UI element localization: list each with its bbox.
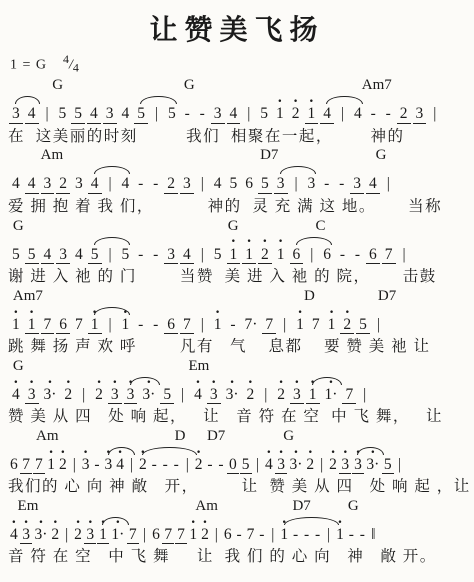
note-token: 1 <box>306 387 320 404</box>
note-token: 4 <box>366 176 380 193</box>
note-token: 3 <box>103 106 117 123</box>
barline: | <box>254 457 261 473</box>
note-token: 3· <box>35 527 48 543</box>
note-token: 2 <box>247 387 255 403</box>
note-token: 4 <box>214 176 222 192</box>
chord-label: G <box>13 358 24 375</box>
key-signature: 1 = G <box>10 57 47 72</box>
note-token: 3· <box>142 387 155 403</box>
note-token: 3· <box>44 387 57 403</box>
score-line: GEm433·2|2333·5|433·2|2311·7|赞 美 从 四 处 响… <box>6 358 468 426</box>
chord-label: D7 <box>207 428 225 445</box>
tie-slur-arc <box>94 166 130 174</box>
tie-slur-arc <box>280 166 316 174</box>
barline: | <box>71 457 78 473</box>
chord-label: Am <box>41 147 64 164</box>
chord-label: G <box>348 498 359 515</box>
dash-token: - <box>354 247 361 263</box>
barline: | <box>396 457 403 473</box>
note-token: 3· <box>290 457 303 473</box>
dash-token: - <box>348 527 355 543</box>
note-token: 1 <box>189 527 197 543</box>
lyrics-row: 在 这美丽的时刻 我们 相聚在一起， 神的 <box>8 128 468 146</box>
note-token: 4 <box>354 106 362 122</box>
barline: | <box>245 106 252 122</box>
dash-token: - <box>207 457 214 473</box>
note-token: 3 <box>211 106 225 123</box>
score-line: AmDD7G67712|3-34|2---|2--05|433·2|2333·5… <box>6 428 468 496</box>
chord-label: Em <box>18 498 39 515</box>
note-token: 1 <box>47 457 55 473</box>
note-token: 7 <box>75 317 83 333</box>
note-token: 4 <box>227 106 241 123</box>
tie-slur-arc <box>15 96 40 104</box>
note-token: 6 <box>245 176 253 192</box>
barline: | <box>63 527 70 543</box>
key-and-meter-row: 1 = G4/4 <box>10 52 468 75</box>
barline: | <box>179 387 186 403</box>
tie-slur-arc <box>140 96 176 104</box>
note-token: 4 <box>12 176 20 192</box>
barline: | <box>107 247 114 263</box>
score-line: GGC554345|5--34|511216|6--67|谢 进 入 祂 的 门… <box>6 218 468 286</box>
dash-token: - <box>137 176 144 192</box>
note-token: 5 <box>160 387 174 404</box>
chord-label: D <box>175 428 186 445</box>
note-token: 3 <box>207 387 221 404</box>
barline: | <box>128 457 135 473</box>
notes-row: 443234|4--23|45653|3--34| <box>6 164 468 194</box>
note-token: 0 <box>227 457 239 474</box>
note-token: 3 <box>308 176 316 192</box>
dash-token: - <box>370 106 377 122</box>
chord-label: G <box>228 218 239 235</box>
note-token: 7 <box>312 317 320 333</box>
dash-token: - <box>339 247 346 263</box>
note-token: 1 <box>227 247 241 264</box>
barline: | <box>385 176 392 192</box>
note-token: 2 <box>201 527 209 543</box>
chord-row: EmAmD7G <box>6 498 468 515</box>
chord-label: Am7 <box>362 77 392 94</box>
dash-token: - <box>199 106 206 122</box>
note-token: 2 <box>195 457 203 473</box>
note-token: 4 <box>265 457 273 473</box>
note-token: 1 <box>336 527 344 543</box>
note-token: 2 <box>95 387 103 403</box>
note-token: 2 <box>139 457 147 473</box>
note-token: 1 <box>277 247 285 263</box>
note-token: 6 <box>56 317 70 334</box>
barline: | <box>80 387 87 403</box>
dash-token: - <box>292 527 299 543</box>
note-token: 3 <box>275 457 287 474</box>
chord-label: D <box>304 288 315 305</box>
note-token: 1 <box>276 106 284 122</box>
note-token: 1 <box>97 527 109 544</box>
chord-row: AmD7G <box>6 147 468 164</box>
note-token: 5 <box>134 106 148 123</box>
note-token: 2 <box>258 247 272 264</box>
note-token: 3 <box>352 457 364 474</box>
note-token: 4 <box>75 247 83 263</box>
note-token: 4 <box>116 457 124 473</box>
note-token: 6 <box>152 527 160 543</box>
note-token: 5 <box>59 106 67 122</box>
note-token: 3 <box>290 387 304 404</box>
chord-label: G <box>184 77 195 94</box>
note-token: 3 <box>82 457 90 473</box>
barline: | <box>44 106 51 122</box>
note-token: 2 <box>397 106 411 123</box>
barline: | <box>199 176 206 192</box>
dash-token: - <box>94 457 101 473</box>
note-token: 1 <box>12 317 20 333</box>
note-token: 1 <box>328 317 336 333</box>
note-token: 7 <box>41 317 55 334</box>
chord-label: G <box>52 77 63 94</box>
score-line: GGAm734|554345|5--34|51214|4--23|在 这美丽的时… <box>6 77 468 145</box>
note-token: 3 <box>164 247 178 264</box>
barline: | <box>361 387 368 403</box>
note-token: 4 <box>25 176 39 193</box>
notes-row: 67712|3-34|2---|2--05|433·2|2333·5| <box>6 445 468 475</box>
barline: | <box>325 527 332 543</box>
tie-slur-arc <box>284 517 339 525</box>
note-token: 7 <box>33 457 45 474</box>
notes-row: 117671|1--67|1-7·7|17125| <box>6 305 468 335</box>
dash-token: - <box>137 317 144 333</box>
barline: | <box>262 387 269 403</box>
note-token: 5 <box>240 457 252 474</box>
note-token: 1 <box>25 317 39 334</box>
note-token: 2 <box>74 527 82 543</box>
dash-token: - <box>152 247 159 263</box>
lyrics-row: 音 符 在 空 中 飞 舞 让 我 们 的 心 向 神 敞 开。 <box>8 548 468 566</box>
barline: | <box>107 317 114 333</box>
score: GGAm734|554345|5--34|51214|4--23|在 这美丽的时… <box>6 77 468 566</box>
dash-token: - <box>152 317 159 333</box>
note-token: 7 <box>342 387 356 404</box>
barline: | <box>269 527 276 543</box>
note-token: 1 <box>305 106 319 123</box>
note-token: 4 <box>12 387 20 403</box>
note-token: 5 <box>230 176 238 192</box>
barline: | <box>401 247 408 263</box>
chord-row: GEm <box>6 358 468 375</box>
note-token: 5 <box>260 106 268 122</box>
dash-token: - <box>173 457 180 473</box>
score-line: AmD7G443234|4--23|45653|3--34|爱 拥 抱 着 我 … <box>6 147 468 215</box>
note-token: 3 <box>124 387 138 404</box>
tie-slur-arc <box>312 377 342 385</box>
note-token: 4 <box>320 106 334 123</box>
note-token: 6 <box>10 457 18 473</box>
lyrics-row: 谢 进 入 祂 的 门 当赞 美 进 入 祂 的 院， 击鼓 <box>8 268 468 286</box>
dash-token: - <box>303 527 310 543</box>
chord-label: G <box>283 428 294 445</box>
note-token: 5 <box>382 457 394 474</box>
barline: | <box>199 247 206 263</box>
note-token: 1 <box>296 317 304 333</box>
notes-row: 34|554345|5--34|51214|4--23| <box>6 94 468 124</box>
note-token: 2 <box>51 527 59 543</box>
note-token: 3 <box>105 457 113 473</box>
chord-label: Am <box>195 498 218 515</box>
sheet-music-page: 让赞美飞扬 1 = G4/4 GGAm734|554345|5--34|5121… <box>0 0 474 566</box>
dash-token: - <box>137 247 144 263</box>
note-token: 7 <box>180 317 194 334</box>
note-token: 2 <box>306 457 314 473</box>
note-token: 5 <box>168 106 176 122</box>
chord-label: Am7 <box>13 288 43 305</box>
note-token: 7 <box>127 527 139 544</box>
lyrics-row: 我们的 心 向 神 敞 开， 让 赞 美 从 四 处 响 起 ，让 <box>8 478 468 496</box>
note-token: 7 <box>162 527 174 544</box>
barline: | <box>293 176 300 192</box>
note-token: 3 <box>339 457 351 474</box>
note-token: 2 <box>56 176 70 193</box>
note-token: 6 <box>290 247 304 264</box>
note-token: 4 <box>87 106 101 123</box>
note-token: 1· <box>111 527 124 543</box>
notes-row: 433·2|2333·5|433·2|2311·7| <box>6 375 468 405</box>
barline: | <box>281 317 288 333</box>
note-token: 1· <box>325 387 338 403</box>
tie-slur-arc <box>94 237 130 245</box>
barline: | <box>199 317 206 333</box>
dash-token: - <box>323 176 330 192</box>
dash-token: - <box>184 106 191 122</box>
note-token: 4 <box>194 387 202 403</box>
note-token: 6 <box>323 247 331 263</box>
tie-slur-arc <box>326 96 362 104</box>
note-token: 5 <box>214 247 222 263</box>
note-token: 2 <box>277 387 285 403</box>
note-token: 3· <box>226 387 239 403</box>
note-token: 6 <box>366 247 380 264</box>
note-token: 7· <box>245 317 258 333</box>
chord-row: AmDD7G <box>6 428 468 445</box>
note-token: 7 <box>382 247 396 264</box>
note-token: 4 <box>122 106 130 122</box>
note-token: 3 <box>274 176 288 193</box>
chord-label: C <box>316 218 326 235</box>
note-token: 6 <box>224 527 232 543</box>
note-token: 4 <box>10 527 18 543</box>
note-token: 6 <box>164 317 178 334</box>
note-token: 4 <box>122 176 130 192</box>
note-token: 3 <box>56 247 70 264</box>
barline: | <box>308 247 315 263</box>
note-token: 4 <box>25 106 39 123</box>
tie-slur-arc <box>142 447 197 455</box>
note-token: 1 <box>122 317 130 333</box>
note-token: 5 <box>88 247 102 264</box>
barline: | <box>213 527 220 543</box>
dash-token: - <box>218 457 225 473</box>
note-token: 5 <box>12 247 20 263</box>
note-token: 3 <box>180 176 194 193</box>
chord-row: Am7DD7 <box>6 288 468 305</box>
chord-label: Am <box>36 428 59 445</box>
chord-row: GGC <box>6 218 468 235</box>
note-token: 4 <box>180 247 194 264</box>
barline: | <box>107 176 114 192</box>
note-token: 1 <box>88 317 102 334</box>
note-token: 7 <box>247 527 255 543</box>
tie-slur-arc <box>296 237 332 245</box>
score-line: Am7DD7117671|1--67|1-7·7|17125|跳 舞 扬 声 欢… <box>6 288 468 356</box>
note-token: 2 <box>292 106 300 122</box>
note-token: 3 <box>25 387 39 404</box>
tie-slur-arc <box>130 377 160 385</box>
dash-token: - <box>359 527 366 543</box>
barline: | <box>318 457 325 473</box>
note-token: 1 <box>242 247 256 264</box>
dash-token: - <box>314 527 321 543</box>
note-token: 2 <box>340 317 354 334</box>
note-token: 2 <box>164 176 178 193</box>
dash-token: - <box>258 527 265 543</box>
barline: | <box>153 106 160 122</box>
note-token: 3 <box>75 176 83 192</box>
note-token: 3 <box>413 106 427 123</box>
note-token: 3 <box>108 387 122 404</box>
note-token: 3 <box>20 527 32 544</box>
note-token: 5 <box>258 176 272 193</box>
chord-label: D7 <box>292 498 310 515</box>
lyrics-row: 跳 舞 扬 声 欢 呼 凡有 气 息都 要 赞 美 祂 让 <box>8 338 468 356</box>
dash-token: - <box>338 176 345 192</box>
barline: | <box>375 317 382 333</box>
note-token: 7 <box>262 317 276 334</box>
chord-label: D7 <box>260 147 278 164</box>
note-token: 2 <box>59 457 67 473</box>
notes-row: 433·2|2311·7|67712|6-7-|1---|1--‖ <box>6 515 468 545</box>
note-token: 5 <box>71 106 85 123</box>
dash-token: - <box>152 176 159 192</box>
note-token: 1 <box>214 317 222 333</box>
note-token: 7 <box>20 457 32 474</box>
chord-label: D7 <box>378 288 396 305</box>
barline: | <box>141 527 148 543</box>
time-signature: 4/4 <box>63 52 79 75</box>
note-token: 3 <box>84 527 96 544</box>
note-token: 2 <box>64 387 72 403</box>
dash-token: - <box>230 317 237 333</box>
lyrics-row: 爱 拥 抱 着 我 们， 神的 灵 充 满 这 地。 当称 <box>8 198 468 216</box>
chord-label: G <box>376 147 387 164</box>
chord-row: GGAm7 <box>6 77 468 94</box>
note-token: 3· <box>366 457 379 473</box>
dash-token: - <box>236 527 243 543</box>
notes-row: 554345|5--34|511216|6--67| <box>6 235 468 265</box>
barline: | <box>184 457 191 473</box>
note-token: 2 <box>329 457 337 473</box>
barline: | <box>431 106 438 122</box>
note-token: 5 <box>356 317 370 334</box>
barline: | <box>339 106 346 122</box>
song-title: 让赞美飞扬 <box>6 8 468 48</box>
note-token: 5 <box>25 247 39 264</box>
note-token: 5 <box>122 247 130 263</box>
score-line: EmAmD7G433·2|2311·7|67712|6-7-|1---|1--‖… <box>6 498 468 566</box>
chord-label: Em <box>188 358 209 375</box>
dash-token: - <box>162 457 169 473</box>
lyrics-row: 赞 美 从 四 处 响 起， 让 音 符 在 空 中 飞 舞， 让 <box>8 408 468 426</box>
note-token: 4 <box>41 247 55 264</box>
note-token: 3 <box>9 106 23 123</box>
note-token: 3 <box>350 176 364 193</box>
note-token: 4 <box>88 176 102 193</box>
dash-token: - <box>385 106 392 122</box>
note-token: 1 <box>280 527 288 543</box>
note-token: 3 <box>41 176 55 193</box>
dash-token: - <box>151 457 158 473</box>
chord-label: G <box>13 218 24 235</box>
barline: ‖ <box>370 527 377 543</box>
note-token: 7 <box>175 527 187 544</box>
